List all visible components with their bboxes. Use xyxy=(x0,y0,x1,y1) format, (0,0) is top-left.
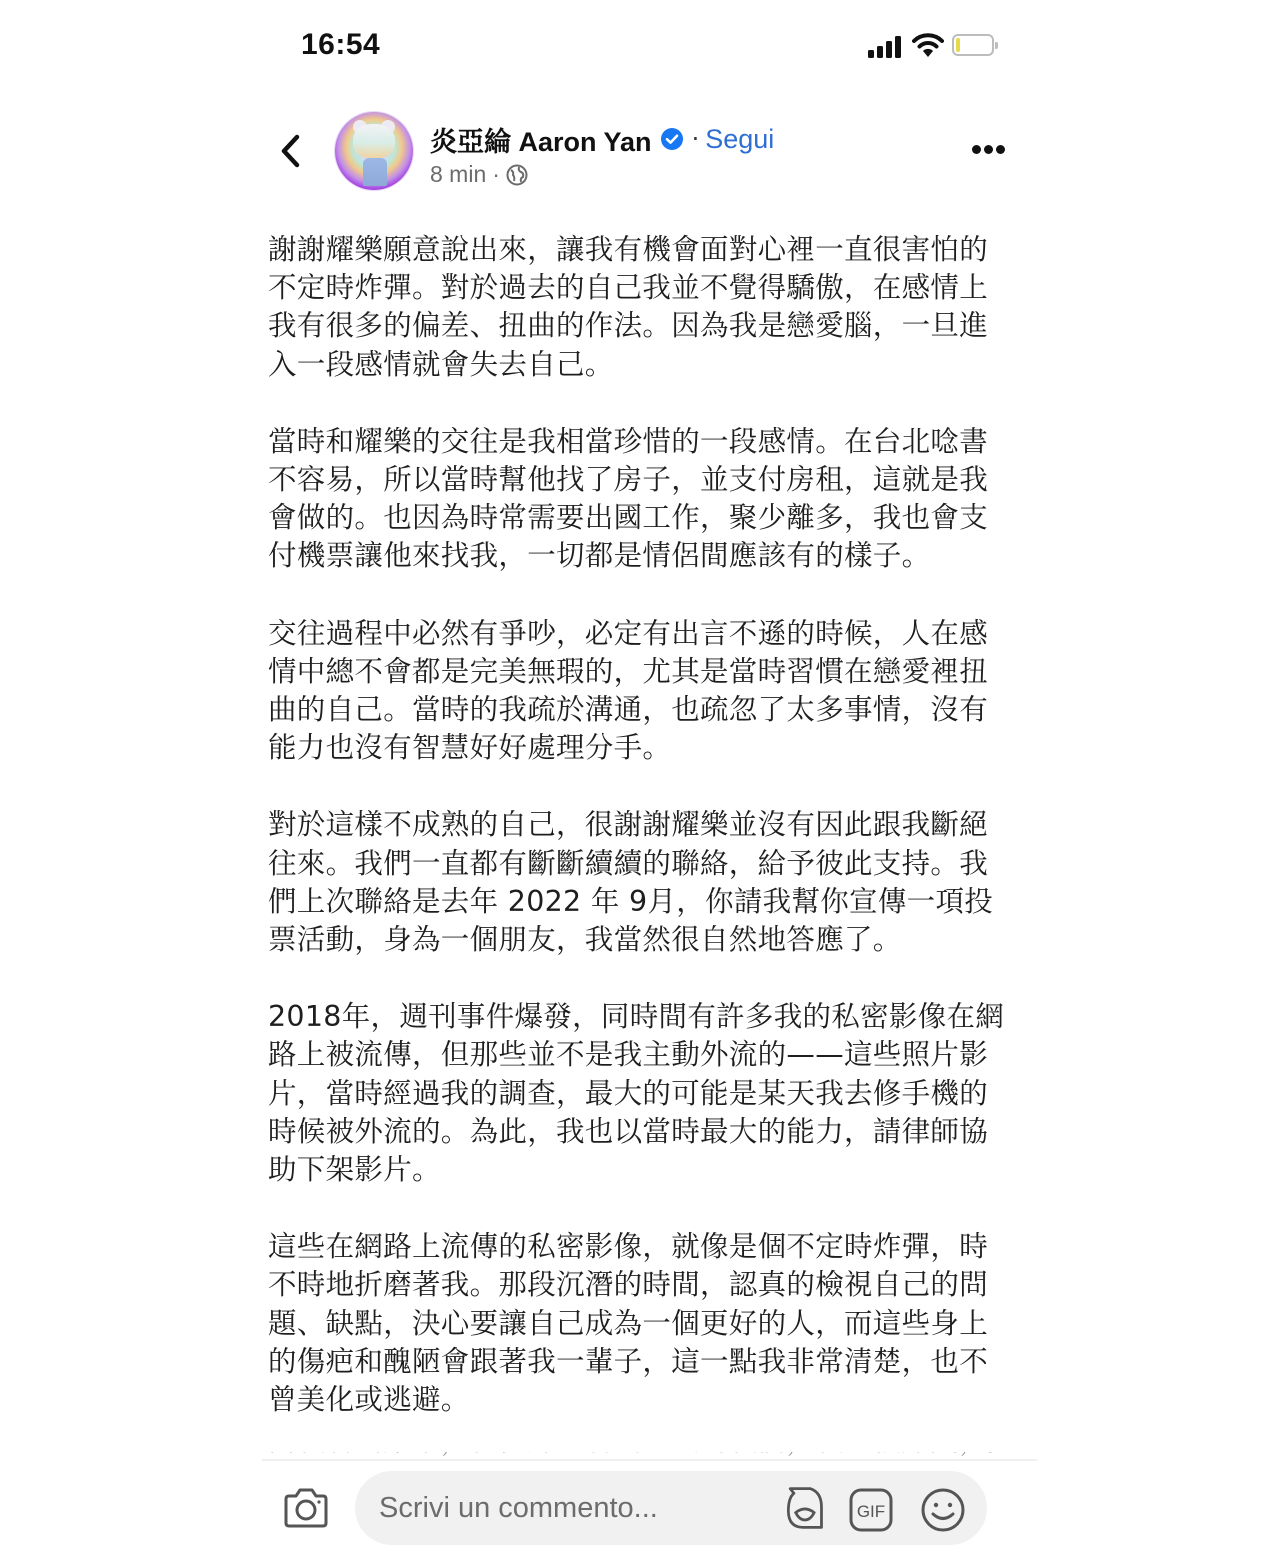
wifi-icon xyxy=(912,31,944,59)
meta-separator: · xyxy=(492,161,500,188)
status-bar: 16:54 xyxy=(0,0,1277,90)
camera-icon[interactable] xyxy=(282,1487,330,1529)
sticker-icon[interactable] xyxy=(781,1485,827,1531)
follow-button[interactable]: Segui xyxy=(705,124,774,155)
clock: 16:54 xyxy=(301,28,380,62)
comment-input[interactable] xyxy=(377,1487,751,1529)
separator: · xyxy=(692,125,700,153)
post-paragraph: 2018年，週刊事件爆發，同時間有許多我的私密影像在網路上被流傳，但那些並不是我… xyxy=(268,998,1008,1189)
timestamp: 8 min xyxy=(430,161,486,188)
author-row: 炎亞綸 Aaron Yan · Segui xyxy=(430,119,774,159)
post-paragraph: 交往過程中必然有爭吵，必定有出言不遜的時候，人在感情中總不會都是完美無瑕的，尤其… xyxy=(268,615,1008,768)
svg-text:GIF: GIF xyxy=(857,1502,885,1521)
chevron-left-icon[interactable] xyxy=(278,133,304,169)
globe-icon xyxy=(506,164,528,186)
post-header: 炎亞綸 Aaron Yan · Segui 8 min · xyxy=(260,105,1020,205)
post-paragraph: 當時和耀樂的交往是我相當珍惜的一段感情。在台北唸書不容易，所以當時幫他找了房子，… xyxy=(268,423,1008,576)
post-meta: 8 min · xyxy=(430,161,528,188)
battery-low-icon xyxy=(952,34,994,56)
comment-composer: GIF xyxy=(0,1461,1277,1546)
gif-icon[interactable]: GIF xyxy=(848,1487,894,1533)
more-horizontal-icon[interactable] xyxy=(972,143,1006,157)
emoji-smile-icon[interactable] xyxy=(920,1487,966,1533)
cellular-signal-icon xyxy=(868,36,904,58)
post-paragraph: 這些在網路上流傳的私密影像，就像是個不定時炸彈，時不時地折磨著我。那段沉潛的時間… xyxy=(268,1228,1008,1419)
post-paragraph: 謝謝耀樂願意說出來，讓我有機會面對心裡一直很害怕的不定時炸彈。對於過去的自己我並… xyxy=(268,231,1008,384)
post-body: 謝謝耀樂願意說出來，讓我有機會面對心裡一直很害怕的不定時炸彈。對於過去的自己我並… xyxy=(268,231,1008,1419)
post-paragraph: 對於這樣不成熟的自己，很謝謝耀樂並沒有因此跟我斷絕往來。我們一直都有斷斷續續的聯… xyxy=(268,806,1008,959)
comment-input-container[interactable]: GIF xyxy=(355,1471,987,1545)
avatar[interactable] xyxy=(335,112,413,190)
author-name[interactable]: 炎亞綸 Aaron Yan xyxy=(430,120,652,159)
verified-badge-icon xyxy=(660,127,684,151)
